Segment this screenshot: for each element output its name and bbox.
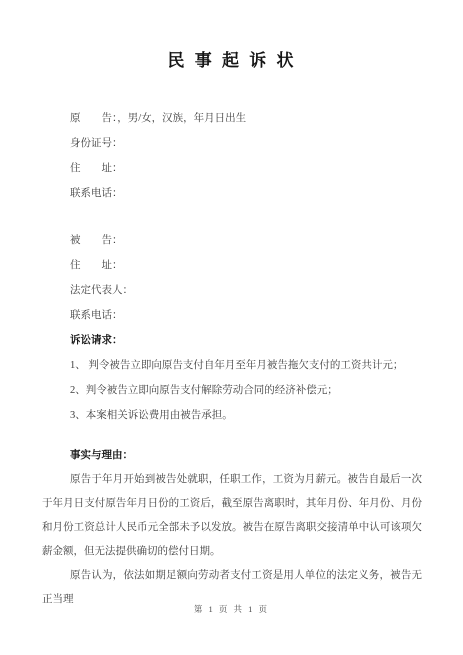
plaintiff-section: 原 告：，男/女，汉族，年月日出生 身份证号： 住 址： 联系电话： [42,106,422,206]
document-title: 民 事 起 诉 状 [42,46,422,76]
plaintiff-phone-line: 联系电话： [42,181,422,206]
claims-section: 诉讼请求： 1、 判令被告立即向原告支付自年月至年月被告拖欠支付的工资共计元； … [42,328,422,428]
defendant-legal-representative-line: 法定代表人： [42,278,422,303]
facts-paragraph-1: 原告于年月开始到被告处就职，任职工作，工资为月薪元。被告自最后一次于年月日支付原… [42,468,422,564]
facts-heading: 事实与理由： [42,443,422,468]
defendant-section: 被 告： 住 址： 法定代表人： 联系电话： [42,228,422,328]
plaintiff-address-line: 住 址： [42,156,422,181]
defendant-phone-line: 联系电话： [42,303,422,328]
facts-section: 事实与理由： 原告于年月开始到被告处就职，任职工作，工资为月薪元。被告自最后一次… [42,443,422,612]
defendant-address-line: 住 址： [42,253,422,278]
claim-item-1: 1、 判令被告立即向原告支付自年月至年月被告拖欠支付的工资共计元； [42,353,422,378]
claims-heading: 诉讼请求： [42,328,422,353]
document-page: 民 事 起 诉 状 原 告：，男/女，汉族，年月日出生 身份证号： 住 址： 联… [0,0,463,655]
page-number-footer: 第 1 页 共 1 页 [0,603,463,615]
claim-item-2: 2、判令被告立即向原告支付解除劳动合同的经济补偿元； [42,378,422,403]
defendant-name-line: 被 告： [42,228,422,253]
claim-item-3: 3、本案相关诉讼费用由被告承担。 [42,403,422,428]
plaintiff-name-line: 原 告：，男/女，汉族，年月日出生 [42,106,422,131]
plaintiff-id-number-line: 身份证号： [42,131,422,156]
